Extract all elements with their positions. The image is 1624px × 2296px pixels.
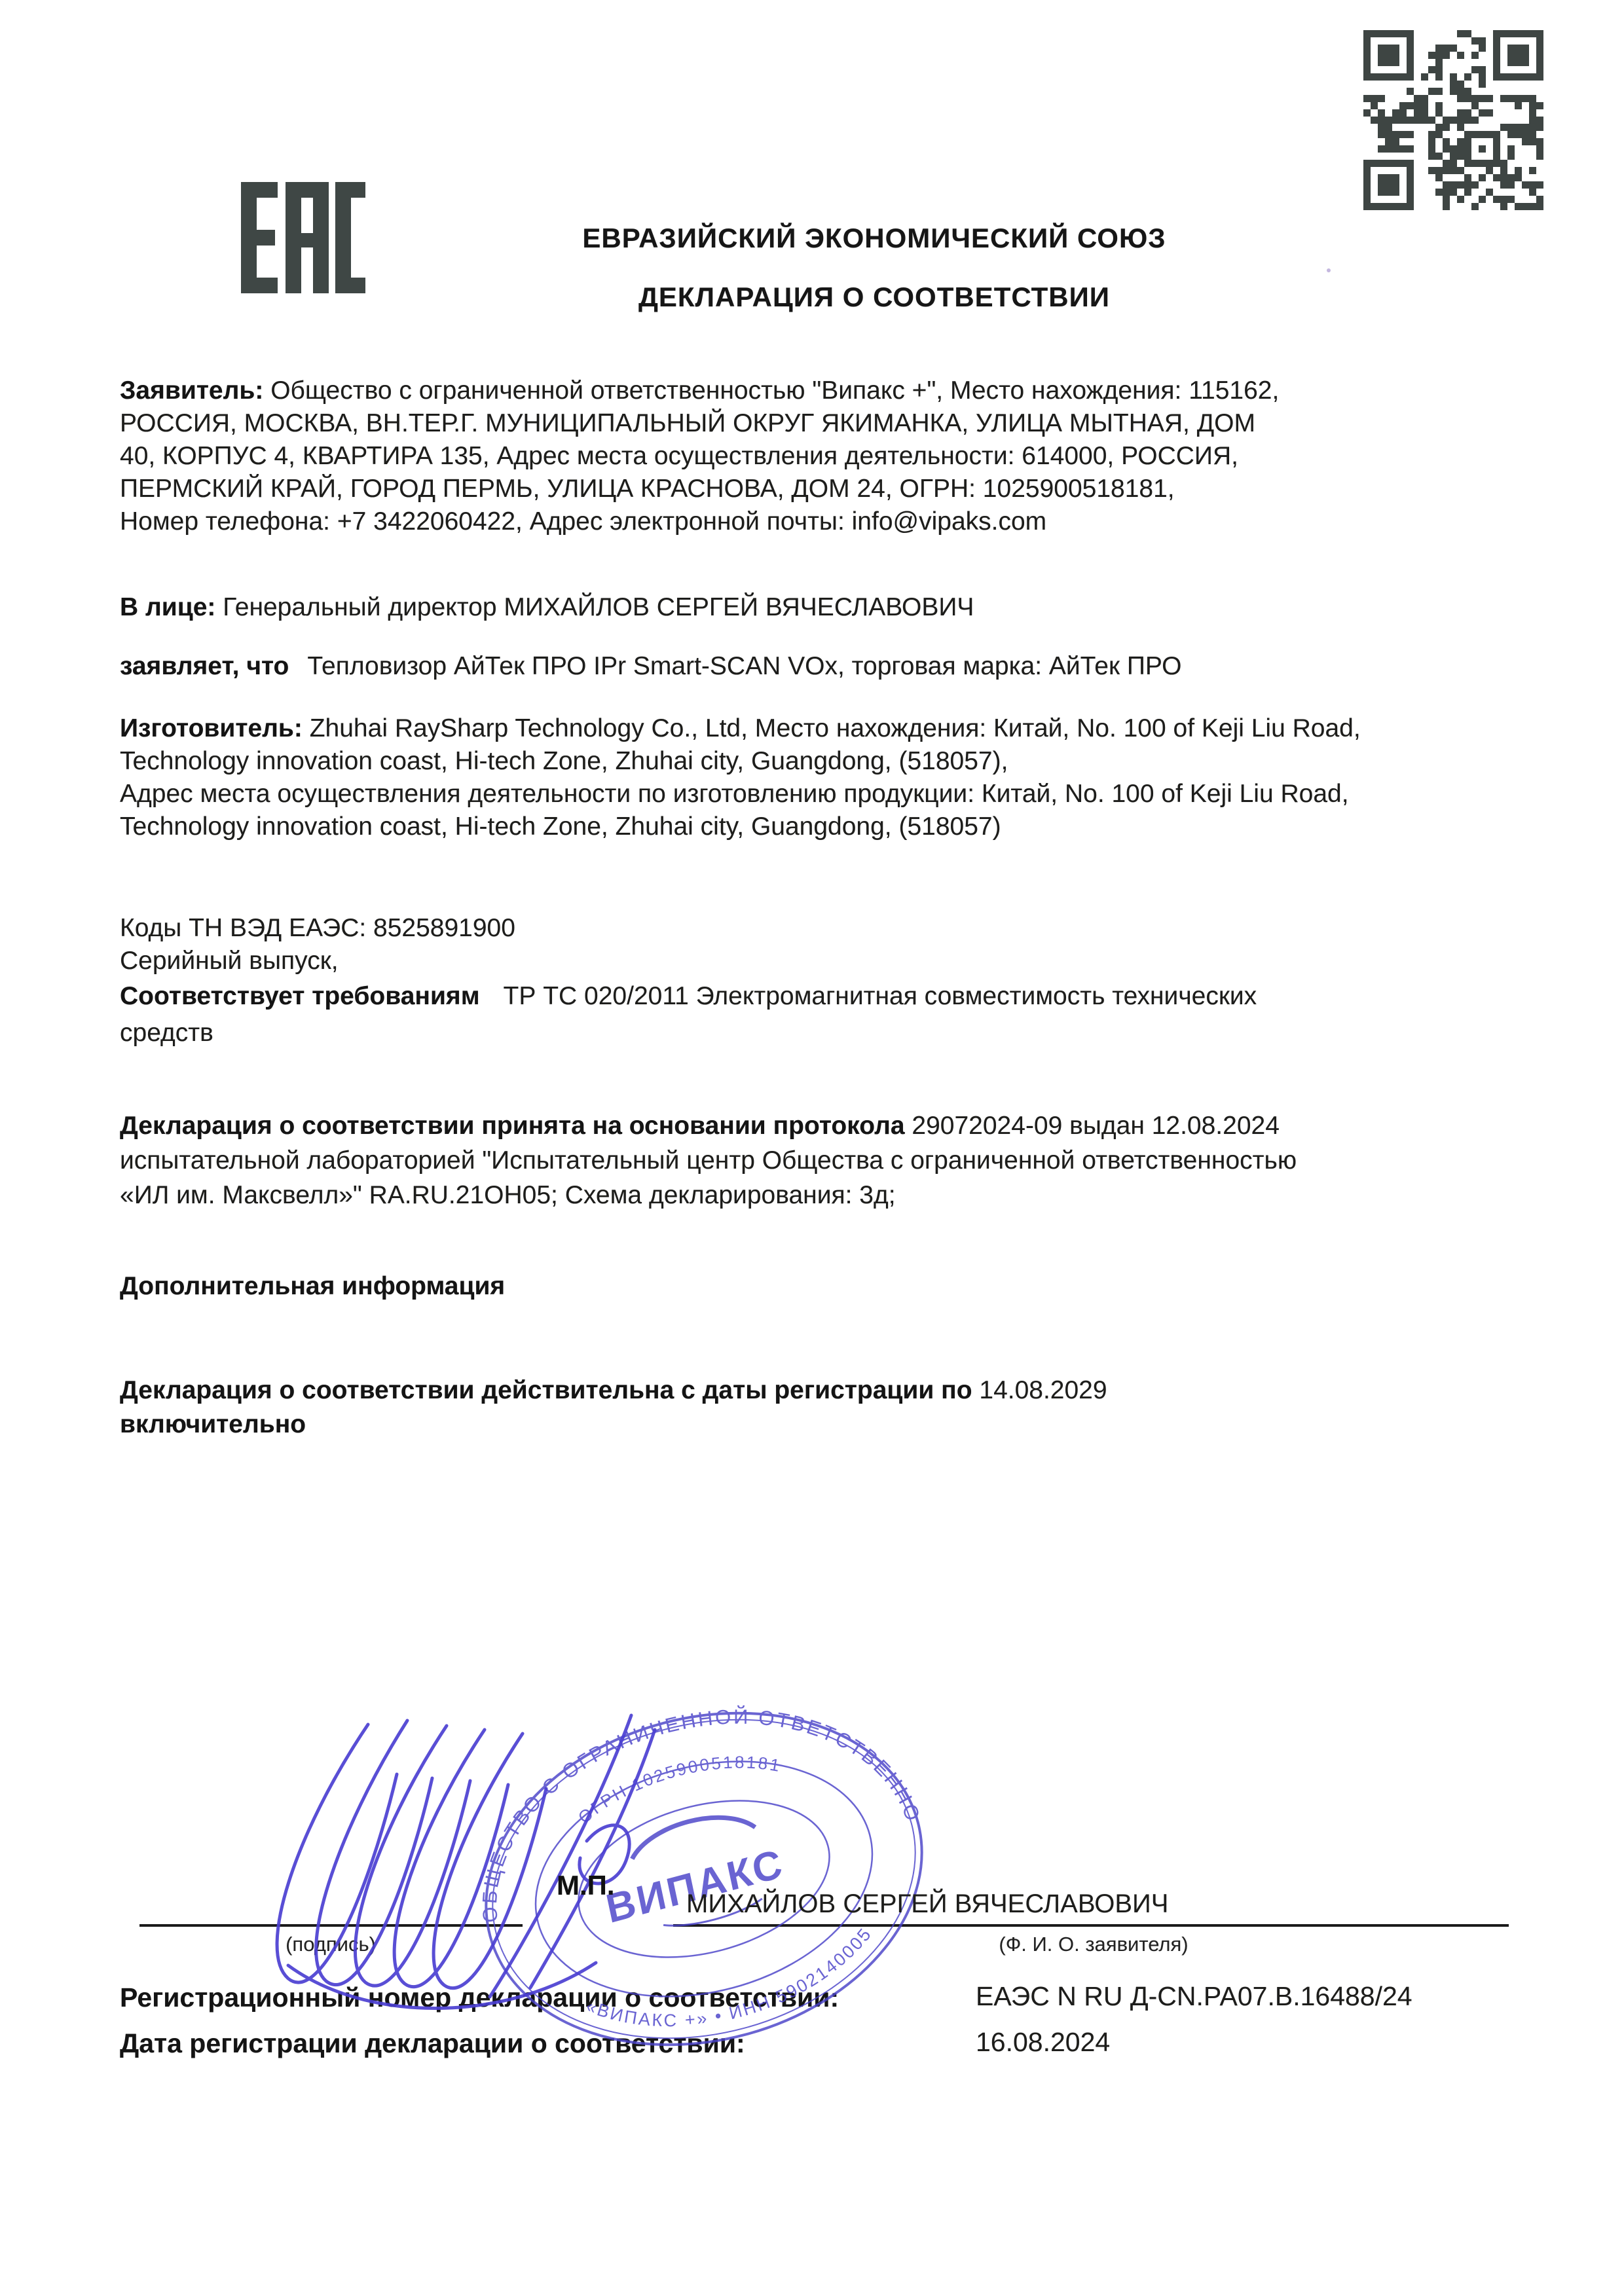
- title-union: ЕВРАЗИЙСКИЙ ЭКОНОМИЧЕСКИЙ СОЮЗ: [419, 223, 1329, 254]
- validity-label: Декларация о соответствии действительна …: [120, 1376, 972, 1404]
- applicant-line4: ПЕРМСКИЙ КРАЙ, ГОРОД ПЕРМЬ, УЛИЦА КРАСНО…: [120, 473, 1279, 505]
- name-caption: (Ф. И. О. заявителя): [930, 1933, 1257, 1956]
- serial-issue-line: Серийный выпуск,: [120, 945, 515, 977]
- manufacturer-line4: Technology innovation coast, Hi-tech Zon…: [120, 811, 1361, 843]
- validity-line2: включительно: [120, 1408, 1107, 1442]
- applicant-line3: 40, КОРПУС 4, КВАРТИРА 135, Адрес места …: [120, 440, 1279, 473]
- basis-line1: Декларация о соответствии принята на осн…: [120, 1108, 1297, 1143]
- basis-line3: «ИЛ им. Максвелл»" RA.RU.21ОН05; Схема д…: [120, 1178, 1297, 1212]
- product-name: Тепловизор АйТек ПРО IPr Smart-SCAN VOx,…: [307, 652, 1181, 680]
- applicant-section: Заявитель: Общество с ограниченной ответ…: [120, 374, 1279, 538]
- compliance-line1: Соответствует требованиямТР ТС 020/2011 …: [120, 978, 1257, 1015]
- manufacturer-section: Изготовитель: Zhuhai RaySharp Technology…: [120, 712, 1361, 843]
- manufacturer-label: Изготовитель:: [120, 714, 303, 742]
- title-declaration: ДЕКЛАРАЦИЯ О СООТВЕТСТВИИ: [419, 282, 1329, 313]
- manufacturer-line2: Technology innovation coast, Hi-tech Zon…: [120, 745, 1361, 778]
- declares-label: заявляет, что: [120, 652, 289, 680]
- eac-mark-icon: [241, 182, 365, 293]
- declaration-of-conformity-document: ЕВРАЗИЙСКИЙ ЭКОНОМИЧЕСКИЙ СОЮЗ ДЕКЛАРАЦИ…: [0, 0, 1624, 2296]
- qr-code-icon: [1363, 30, 1543, 213]
- handwritten-signature: [196, 1669, 786, 2062]
- representative-label: В лице:: [120, 593, 215, 621]
- eac-logo: [241, 182, 365, 297]
- declares-section: заявляет, чтоТепловизор АйТек ПРО IPr Sm…: [120, 650, 1181, 683]
- validity-line1: Декларация о соответствии действительна …: [120, 1374, 1107, 1408]
- scan-artifact: [1327, 268, 1331, 272]
- compliance-section: Соответствует требованиямТР ТС 020/2011 …: [120, 978, 1257, 1051]
- validity-date: 14.08.2029: [979, 1376, 1107, 1404]
- validity-section: Декларация о соответствии действительна …: [120, 1374, 1107, 1442]
- applicant-line1: Заявитель: Общество с ограниченной ответ…: [120, 374, 1279, 407]
- codes-section: Коды ТН ВЭД ЕАЭС: 8525891900 Серийный вы…: [120, 912, 515, 977]
- tnved-code-line: Коды ТН ВЭД ЕАЭС: 8525891900: [120, 912, 515, 945]
- manufacturer-line3: Адрес места осуществления деятельности п…: [120, 778, 1361, 811]
- stamp-place-label: М.П.: [557, 1870, 615, 1901]
- declarant-name: МИХАЙЛОВ СЕРГЕЙ ВЯЧЕСЛАВОВИЧ: [686, 1889, 1168, 1919]
- additional-info-section: Дополнительная информация: [120, 1270, 505, 1303]
- applicant-line2: РОССИЯ, МОСКВА, ВН.ТЕР.Г. МУНИЦИПАЛЬНЫЙ …: [120, 407, 1279, 440]
- additional-info-label: Дополнительная информация: [120, 1272, 505, 1300]
- applicant-line5: Номер телефона: +7 3422060422, Адрес эле…: [120, 505, 1279, 538]
- compliance-line2: средств: [120, 1015, 1257, 1051]
- basis-line2: испытательной лабораторией "Испытательны…: [120, 1143, 1297, 1178]
- applicant-label: Заявитель:: [120, 376, 263, 405]
- basis-section: Декларация о соответствии принята на осн…: [120, 1108, 1297, 1212]
- basis-label: Декларация о соответствии принята на осн…: [120, 1112, 905, 1140]
- registration-number-value: ЕАЭС N RU Д-CN.РА07.В.16488/24: [976, 1981, 1412, 2012]
- representative-section: В лице: Генеральный директор МИХАЙЛОВ СЕ…: [120, 591, 974, 624]
- registration-date-value: 16.08.2024: [976, 2027, 1110, 2058]
- compliance-label: Соответствует требованиям: [120, 982, 480, 1010]
- manufacturer-line1: Изготовитель: Zhuhai RaySharp Technology…: [120, 712, 1361, 745]
